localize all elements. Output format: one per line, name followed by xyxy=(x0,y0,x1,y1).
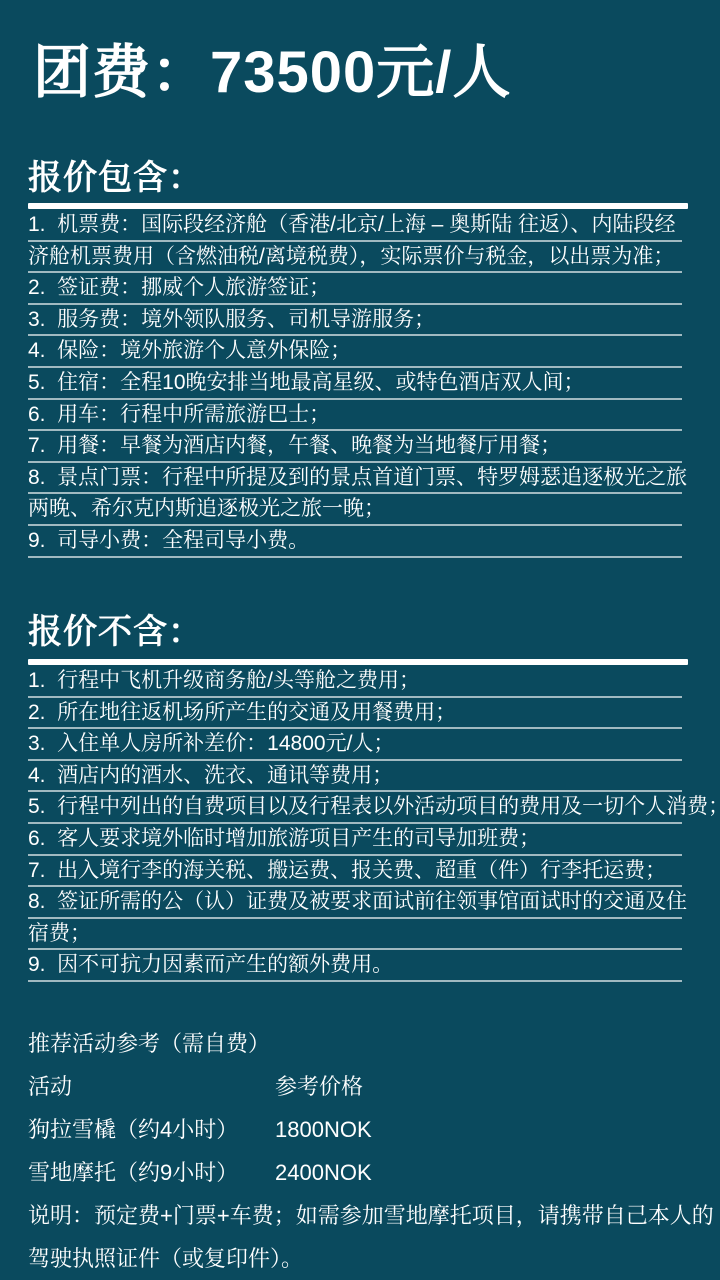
activity-name: 狗拉雪橇（约4小时） xyxy=(28,1108,275,1151)
activities-intro: 推荐活动参考（需自费） xyxy=(28,1022,698,1065)
exclude-line: 9. 因不可抗力因素而产生的额外费用。 xyxy=(28,950,682,982)
exclude-line: 1. 行程中飞机升级商务舱/头等舱之费用； xyxy=(28,666,682,698)
activity-price: 2400NOK xyxy=(275,1151,372,1194)
include-line: 1. 机票费：国际段经济舱（香港/北京/上海 – 奥斯陆 往返）、内陆段经 xyxy=(28,210,682,242)
activity-name: 雪地摩托（约9小时） xyxy=(28,1151,275,1194)
activity-price: 1800NOK xyxy=(275,1108,372,1151)
include-line: 3. 服务费：境外领队服务、司机导游服务； xyxy=(28,305,682,337)
include-heading-underline xyxy=(28,203,688,209)
include-list: 1. 机票费：国际段经济舱（香港/北京/上海 – 奥斯陆 往返）、内陆段经 济舱… xyxy=(28,210,682,558)
exclude-line: 5. 行程中列出的自费项目以及行程表以外活动项目的费用及一切个人消费； xyxy=(28,792,682,824)
include-line: 8. 景点门票：行程中所提及到的景点首道门票、特罗姆瑟追逐极光之旅 xyxy=(28,463,682,495)
activity-row: 狗拉雪橇（约4小时） 1800NOK xyxy=(28,1108,698,1151)
include-line: 9. 司导小费：全程司导小费。 xyxy=(28,526,682,558)
activities-note: 驾驶执照证件（或复印件）。 xyxy=(28,1237,698,1280)
exclude-line: 3. 入住单人房所补差价：14800元/人； xyxy=(28,729,682,761)
include-line: 济舱机票费用（含燃油税/离境税费），实际票价与税金，以出票为准； xyxy=(28,242,682,274)
activities-col-price: 参考价格 xyxy=(275,1065,363,1108)
include-section-heading: 报价包含： xyxy=(28,158,203,198)
quote-page: 团费：73500元/人 报价包含： 1. 机票费：国际段经济舱（香港/北京/上海… xyxy=(0,0,720,1280)
exclude-line: 宿费； xyxy=(28,919,682,951)
exclude-line: 7. 出入境行李的海关税、搬运费、报关费、超重（件）行李托运费； xyxy=(28,856,682,888)
include-line: 两晚、希尔克内斯追逐极光之旅一晚； xyxy=(28,494,682,526)
activities-header-row: 活动 参考价格 xyxy=(28,1065,698,1108)
include-line: 6. 用车：行程中所需旅游巴士； xyxy=(28,400,682,432)
recommended-activities-section: 推荐活动参考（需自费） 活动 参考价格 狗拉雪橇（约4小时） 1800NOK 雪… xyxy=(28,1022,698,1280)
exclude-line: 8. 签证所需的公（认）证费及被要求面试前往领事馆面试时的交通及住 xyxy=(28,887,682,919)
exclude-line: 2. 所在地往返机场所产生的交通及用餐费用； xyxy=(28,698,682,730)
exclude-list: 1. 行程中飞机升级商务舱/头等舱之费用； 2. 所在地往返机场所产生的交通及用… xyxy=(28,666,682,982)
page-title: 团费：73500元/人 xyxy=(33,40,511,106)
activities-note: 说明：预定费+门票+车费；如需参加雪地摩托项目，请携带自己本人的 xyxy=(28,1194,698,1237)
exclude-line: 4. 酒店内的酒水、洗衣、通讯等费用； xyxy=(28,761,682,793)
include-line: 5. 住宿：全程10晚安排当地最高星级、或特色酒店双人间； xyxy=(28,368,682,400)
include-line: 7. 用餐：早餐为酒店内餐，午餐、晚餐为当地餐厅用餐； xyxy=(28,431,682,463)
exclude-section-heading: 报价不含： xyxy=(28,612,203,652)
activity-row: 雪地摩托（约9小时） 2400NOK xyxy=(28,1151,698,1194)
exclude-line: 6. 客人要求境外临时增加旅游项目产生的司导加班费； xyxy=(28,824,682,856)
activities-col-activity: 活动 xyxy=(28,1065,275,1108)
include-line: 2. 签证费：挪威个人旅游签证； xyxy=(28,273,682,305)
include-line: 4. 保险：境外旅游个人意外保险； xyxy=(28,336,682,368)
exclude-heading-underline xyxy=(28,659,688,665)
